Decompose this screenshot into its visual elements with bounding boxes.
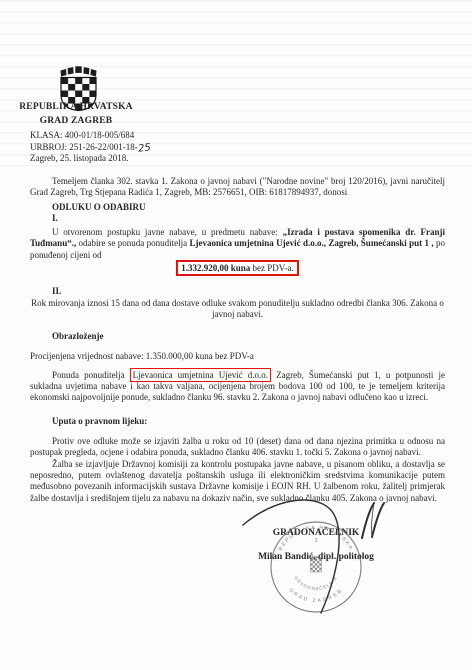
section2-number: II. [30, 286, 445, 297]
signature-block: GRADONAČELNIK Milan Bandić, dipl. polito… [236, 528, 396, 563]
section1-paragraph: U otvorenom postupku javne nabave, u pre… [30, 227, 445, 261]
scanned-decision-document: REPUBLIKA HRVATSKA GRAD ZAGREB KLASA: 40… [0, 0, 472, 670]
klasa-line: KLASA: 400-01/18-005/684 [30, 130, 150, 142]
stamp-bottom-inner-text: GRADONAČELNIK [293, 575, 338, 591]
explanation-heading: Obrazloženje [30, 331, 445, 342]
stamp-bottom-outer-text: GRAD ZAGREB [287, 587, 344, 604]
svg-text:GRAD ZAGREB: GRAD ZAGREB [287, 587, 344, 604]
section2-paragraph: Rok mirovanja iznosi 15 dana od dana dos… [30, 298, 445, 321]
bidder-highlight-box: Ljevaonica umjetnina Ujević d.o.o. [130, 368, 271, 382]
legal-remedy-paragraph2: Žalba se izjavljuje Državnoj komisiji za… [30, 459, 445, 504]
estimated-value-line: Procijenjena vrijednost nabave: 1.350.00… [30, 351, 445, 362]
price-highlight-box: 1.332.920,00 kuna bez PDV-a. [176, 260, 298, 276]
price-line: 1.332.920,00 kuna bez PDV-a. [30, 263, 445, 274]
place-date-line: Zagreb, 25. listopada 2018. [30, 153, 150, 165]
document-body: Temeljem članka 302. stavka 1. Zakona o … [30, 176, 445, 504]
explanation-paragraph: Ponuda ponuditelja Ljevaonica umjetnina … [30, 370, 445, 404]
section1-text: U otvorenom postupku javne nabave, u pre… [52, 227, 283, 237]
selected-bidder-bold: Ljevaonica umjetnina Ujević d.o.o., Zagr… [189, 238, 433, 248]
svg-text:GRADONAČELNIK: GRADONAČELNIK [293, 575, 338, 591]
signer-name: Milan Bandić, dipl. politolog [236, 552, 396, 563]
section1-text2: odabire se ponuda ponuditelja [76, 238, 189, 248]
issuer-city: GRAD ZAGREB [0, 114, 152, 128]
price-amount: 1.332.920,00 kuna [181, 263, 250, 273]
signer-title: GRADONAČELNIK [236, 528, 396, 539]
legal-remedy-paragraph1: Protiv ove odluke može se izjaviti žalba… [30, 436, 445, 459]
legal-remedy-heading: Uputa o pravnom lijeku: [30, 416, 445, 427]
explanation-text1: Ponuda ponuditelja [52, 370, 130, 380]
urbroj-printed: URBROJ: 251-26-22/001-18- [30, 142, 138, 152]
intro-paragraph: Temeljem članka 302. stavka 1. Zakona o … [30, 176, 445, 199]
section1-number: I. [30, 213, 445, 224]
decision-title: ODLUKU O ODABIRU [30, 202, 445, 213]
reference-block: KLASA: 400-01/18-005/684 URBROJ: 251-26-… [30, 130, 150, 165]
issuer-country: REPUBLIKA HRVATSKA [0, 100, 152, 114]
urbroj-handwritten-number: 25 [137, 142, 151, 155]
issuer-block: REPUBLIKA HRVATSKA GRAD ZAGREB [0, 100, 152, 128]
urbroj-line: URBROJ: 251-26-22/001-18-25 [30, 142, 150, 154]
price-vat-note: bez PDV-a. [250, 263, 293, 273]
